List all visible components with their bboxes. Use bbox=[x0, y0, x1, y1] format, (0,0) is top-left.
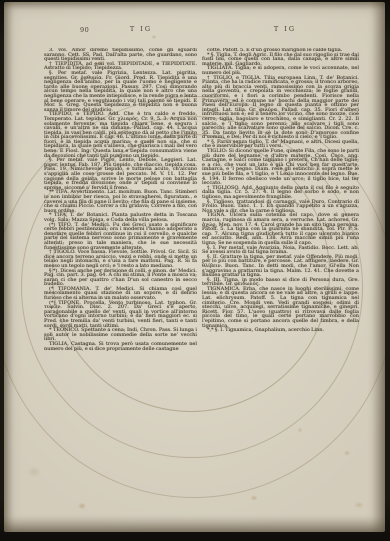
text-column-left: 3. vol. Amor diremo tiepidissimo, come g… bbox=[44, 48, 197, 436]
dictionary-entry: §. Per metaf. vale Pigrizia, Lentezza. L… bbox=[44, 71, 197, 112]
dictionary-entry: ** TIFA. Avvertimento. Lat. monitum. Buo… bbox=[44, 190, 197, 213]
dictionary-entry: † TIGLIO, e TIGLIA. Tilia europaea Linn.… bbox=[202, 76, 359, 140]
dictionary-entry: § *). Dicesi anche per derisione di coll… bbox=[44, 269, 197, 287]
dictionary-entry: §. Per metaf. vale Pigro, Lento, Debole,… bbox=[44, 158, 197, 190]
paper-sheet: 90 T IG T IG 3. vol. Amor diremo tiepidi… bbox=[4, 2, 385, 532]
running-head-right: T IG bbox=[260, 25, 310, 33]
scanned-page: 90 T IG T IG 3. vol. Amor diremo tiepidi… bbox=[0, 0, 390, 541]
dictionary-entry: † TIGLIOSO. Add. Aggiunto della pasta il… bbox=[202, 186, 359, 200]
dictionary-entry: 3. vol. Amor diremo tiepidissimo, come g… bbox=[44, 48, 197, 62]
text-column-right: cotte. Patoff. 5. E d'un grosso marignon… bbox=[202, 48, 359, 436]
dictionary-entry: *,* §. I. Tignamica, Gnaphalium, acerchi… bbox=[202, 328, 359, 333]
dictionary-entry: TIGLIA, Castagna. Si trova però usata co… bbox=[44, 342, 197, 351]
page-number: 90 bbox=[80, 26, 89, 34]
running-head-left: T IG bbox=[116, 25, 166, 33]
dictionary-entry: TIGNAMICA. Erba, che nasce in luoghi ste… bbox=[202, 287, 359, 328]
dictionary-entry: * TEONICO. Spettante a cena; Indi, Chron… bbox=[44, 328, 197, 342]
dictionary-entry: TIEPIDO, e TEPIDO. Add. Che è tra caldo … bbox=[44, 112, 197, 158]
dictionary-entry: §. II. Grattare la tigna, per metaf. val… bbox=[202, 255, 359, 278]
dictionary-entry: TIGNA. Ulcera sulla cotenna del capo, do… bbox=[202, 213, 359, 245]
dictionary-entry: (*) TIFONE. Procella, Vento turbinoso. L… bbox=[44, 301, 197, 329]
dictionary-entry: TIGLIO: Si dicono quelle Fune, queste Fi… bbox=[202, 149, 359, 186]
dictionary-entry: † TIGOLO. Voce bassa. Fievole, Sottile. … bbox=[44, 250, 197, 268]
dictionary-entry: (*) TIFO, T. de' Medici. Fu dei Greci us… bbox=[44, 223, 197, 251]
dictionary-entry: (* TIFOMANIA. T. de' Medici. Si chiama c… bbox=[44, 287, 197, 301]
